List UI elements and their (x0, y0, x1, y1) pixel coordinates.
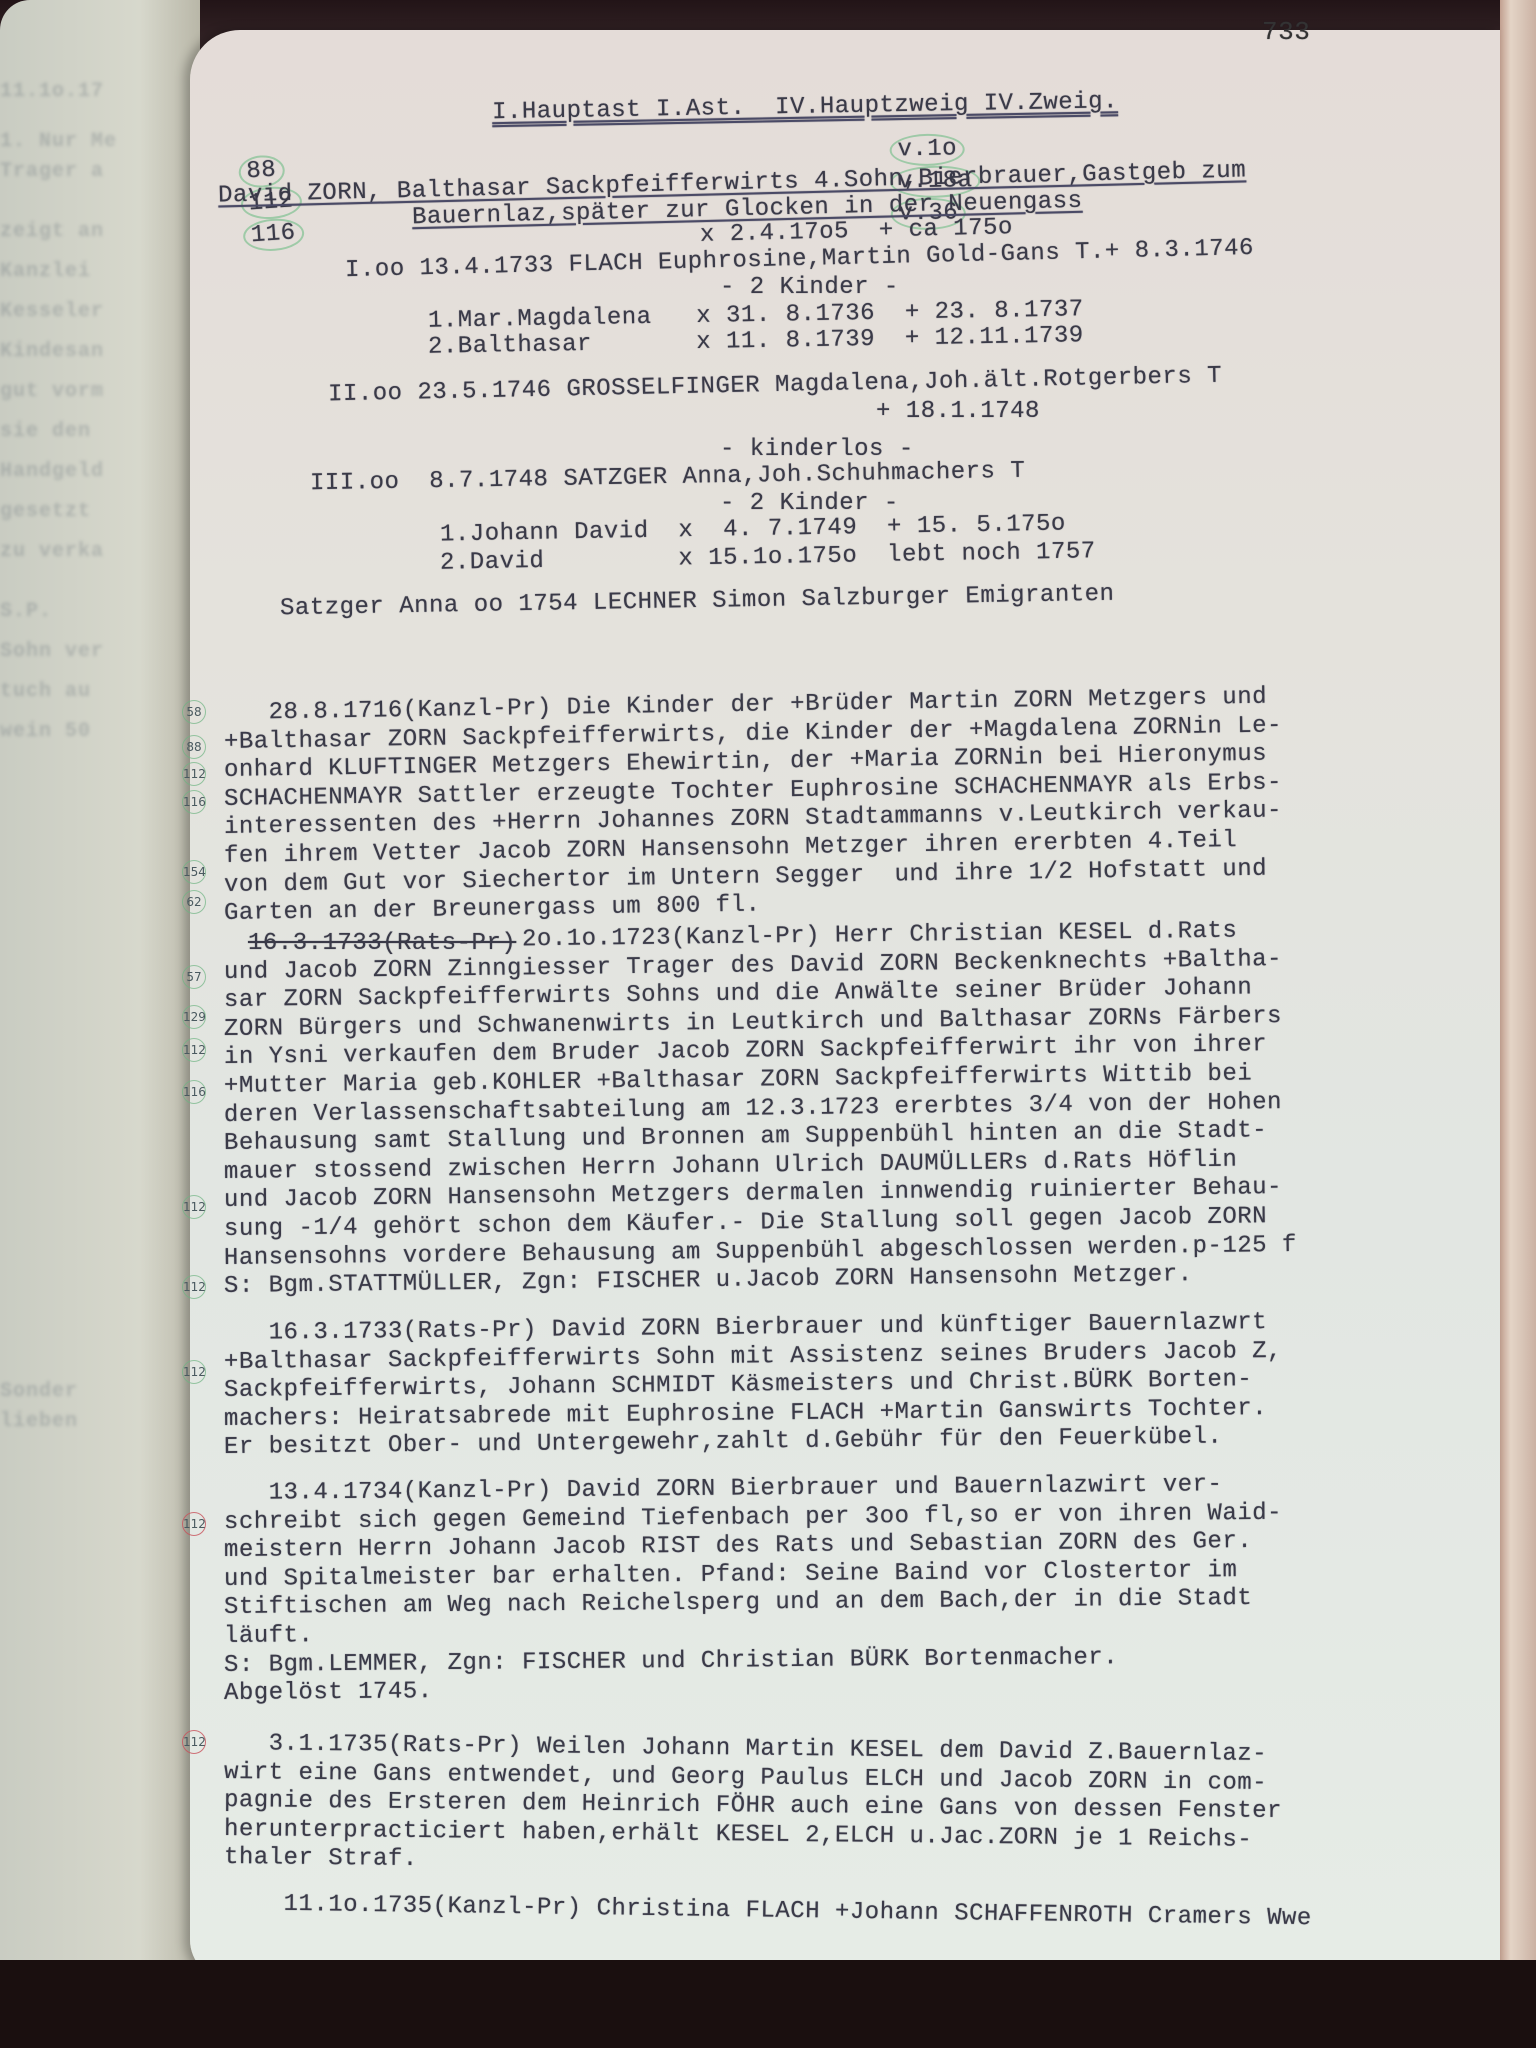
margin-note: 154 (182, 860, 206, 884)
page-edges (1500, 0, 1536, 1960)
margin-note: 112 (182, 1360, 206, 1384)
margin-note: 57 (182, 965, 206, 989)
marriage-1-children-label: - 2 Kinder - (720, 274, 899, 302)
ref-1: v.1o (889, 133, 965, 166)
margin-note: 112 (182, 1512, 206, 1536)
margin-note: 88 (182, 735, 206, 759)
branch-heading: I.Hauptast I.Ast. IV.Hauptzweig IV.Zweig… (462, 60, 1119, 127)
margin-note: 62 (182, 890, 206, 914)
entry-line: läuft. (224, 1622, 314, 1651)
left-page: 11.1o.17 1. Nur Me Trager a zeigt an Kan… (0, 0, 200, 1960)
margin-note: 112 (182, 1730, 206, 1754)
margin-note: 112 (182, 1275, 206, 1299)
struck-date: 16.3.1733(Rats-Pr) (248, 930, 516, 958)
margin-note: 116 (182, 1080, 206, 1104)
id-3: 116 (242, 217, 305, 253)
margin-note: 112 (182, 762, 206, 786)
margin-note: 112 (182, 1195, 206, 1219)
margin-note: 58 (182, 700, 206, 724)
marriage-2-death: + 18.1.1748 (876, 398, 1040, 426)
margin-note: 129 (182, 1005, 206, 1029)
entry-line: Abgelöst 1745. (224, 1678, 433, 1708)
entry-line: thaler Straf. (224, 1844, 418, 1874)
background-bottom (0, 1960, 1536, 2048)
page-number: 733 (1262, 18, 1310, 46)
margin-note: 116 (182, 790, 206, 814)
margin-note: 112 (182, 1038, 206, 1062)
